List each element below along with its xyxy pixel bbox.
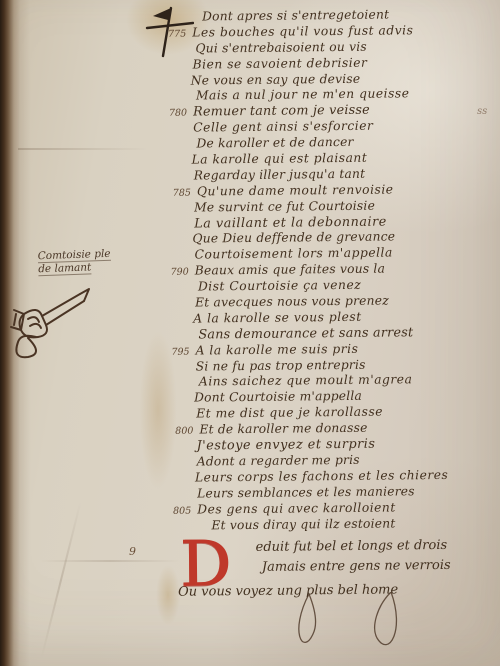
margin-note-line: Comtoisie ple (38, 248, 111, 264)
rubricated-initial: D (180, 537, 247, 592)
verse-text: De karoller et de dancer (196, 135, 353, 151)
verse-text: Si ne fu pas trop entrepris (196, 357, 366, 373)
parchment-crease (41, 502, 82, 658)
verse-text: Dont Courtoisie m'appella (194, 389, 362, 405)
verse-text: Des gens qui avec karolloient (197, 500, 396, 516)
verse-text: Ne vous en say que devise (191, 71, 361, 87)
line-number: 780 (151, 108, 193, 119)
verse-text: Celle gent ainsi s'esforcier (193, 119, 373, 135)
verse-text: Dist Courtoisie ça venez (198, 278, 361, 294)
line-number: 790 (153, 267, 195, 278)
manuscript-page: Dont apres si s'entregetoient775Les bouc… (0, 0, 500, 666)
verse-text: Courtoisement lors m'appella (194, 246, 392, 262)
folio-mark: 9 (129, 545, 136, 558)
verse-text: Qui s'entrebaisoient ou vis (195, 40, 367, 56)
verse-text: eduit fut bel et longs et drois (256, 538, 500, 561)
stray-pen-mark: ss (477, 106, 487, 117)
verse-text: Mais a nul jour ne m'en queisse (196, 87, 410, 103)
verse-text: Bien se savoient debrisier (192, 55, 367, 71)
verse-text: Ains saichez que moult m'agrea (199, 373, 413, 389)
verse-text: La vaillant et la debonnaire (194, 214, 387, 231)
verse-text: Me survint ce fut Courtoisie (194, 198, 375, 214)
verse-text: Et me dist que je karollasse (196, 405, 383, 421)
pen-flourish (265, 592, 435, 666)
margin-note-line: de lamant (38, 261, 92, 276)
verse-text: Dont apres si s'entregetoient (202, 7, 389, 23)
line-number: 800 (157, 426, 199, 437)
verse-text: Regarday iller jusqu'a tant (194, 167, 366, 183)
line-number: 785 (155, 187, 197, 198)
line-number: 775 (150, 28, 192, 39)
line-number: 805 (155, 505, 197, 516)
verse-text: Les bouches qu'il vous fust advis (192, 23, 413, 39)
verse-text: Et avecques nous vous prenez (195, 294, 389, 310)
margin-note: Comtoisie ple de lamant (38, 248, 112, 277)
verse-text: Adont a regarder me pris (197, 453, 360, 469)
line-number: 795 (154, 346, 196, 357)
verse-text: Qu'une dame moult renvoisie (197, 182, 394, 198)
verse-text: A la karolle me suis pris (195, 342, 358, 358)
verse-text: Remuer tant com je veisse (193, 103, 370, 120)
verse-text: Leurs corps les fachons et les chieres (195, 468, 449, 485)
verse-text: La karolle qui est plaisant (191, 151, 367, 167)
verse-text: Leurs semblances et les manieres (197, 484, 415, 500)
verse-column: Dont apres si s'entregetoient775Les bouc… (150, 6, 500, 605)
verse-lines: Dont apres si s'entregetoient775Les bouc… (150, 6, 500, 534)
verse-text: Jamais entre gens ne verrois (262, 558, 500, 585)
verse-text: Et de karoller me donasse (199, 421, 367, 437)
parchment-crease (18, 148, 148, 150)
verse-text: Que Dieu deffende de grevance (192, 230, 395, 246)
verse-text: Sans demourance et sans arrest (198, 325, 413, 342)
manicule-icon (8, 280, 100, 364)
verse-text: Beaux amis que faites vous la (195, 262, 385, 278)
verse-text: A la karolle se vous plest (193, 310, 362, 326)
verse-text: Et vous diray qui ilz estoient (211, 516, 395, 532)
verse-text: J'estoye envyez et surpris (196, 437, 375, 454)
